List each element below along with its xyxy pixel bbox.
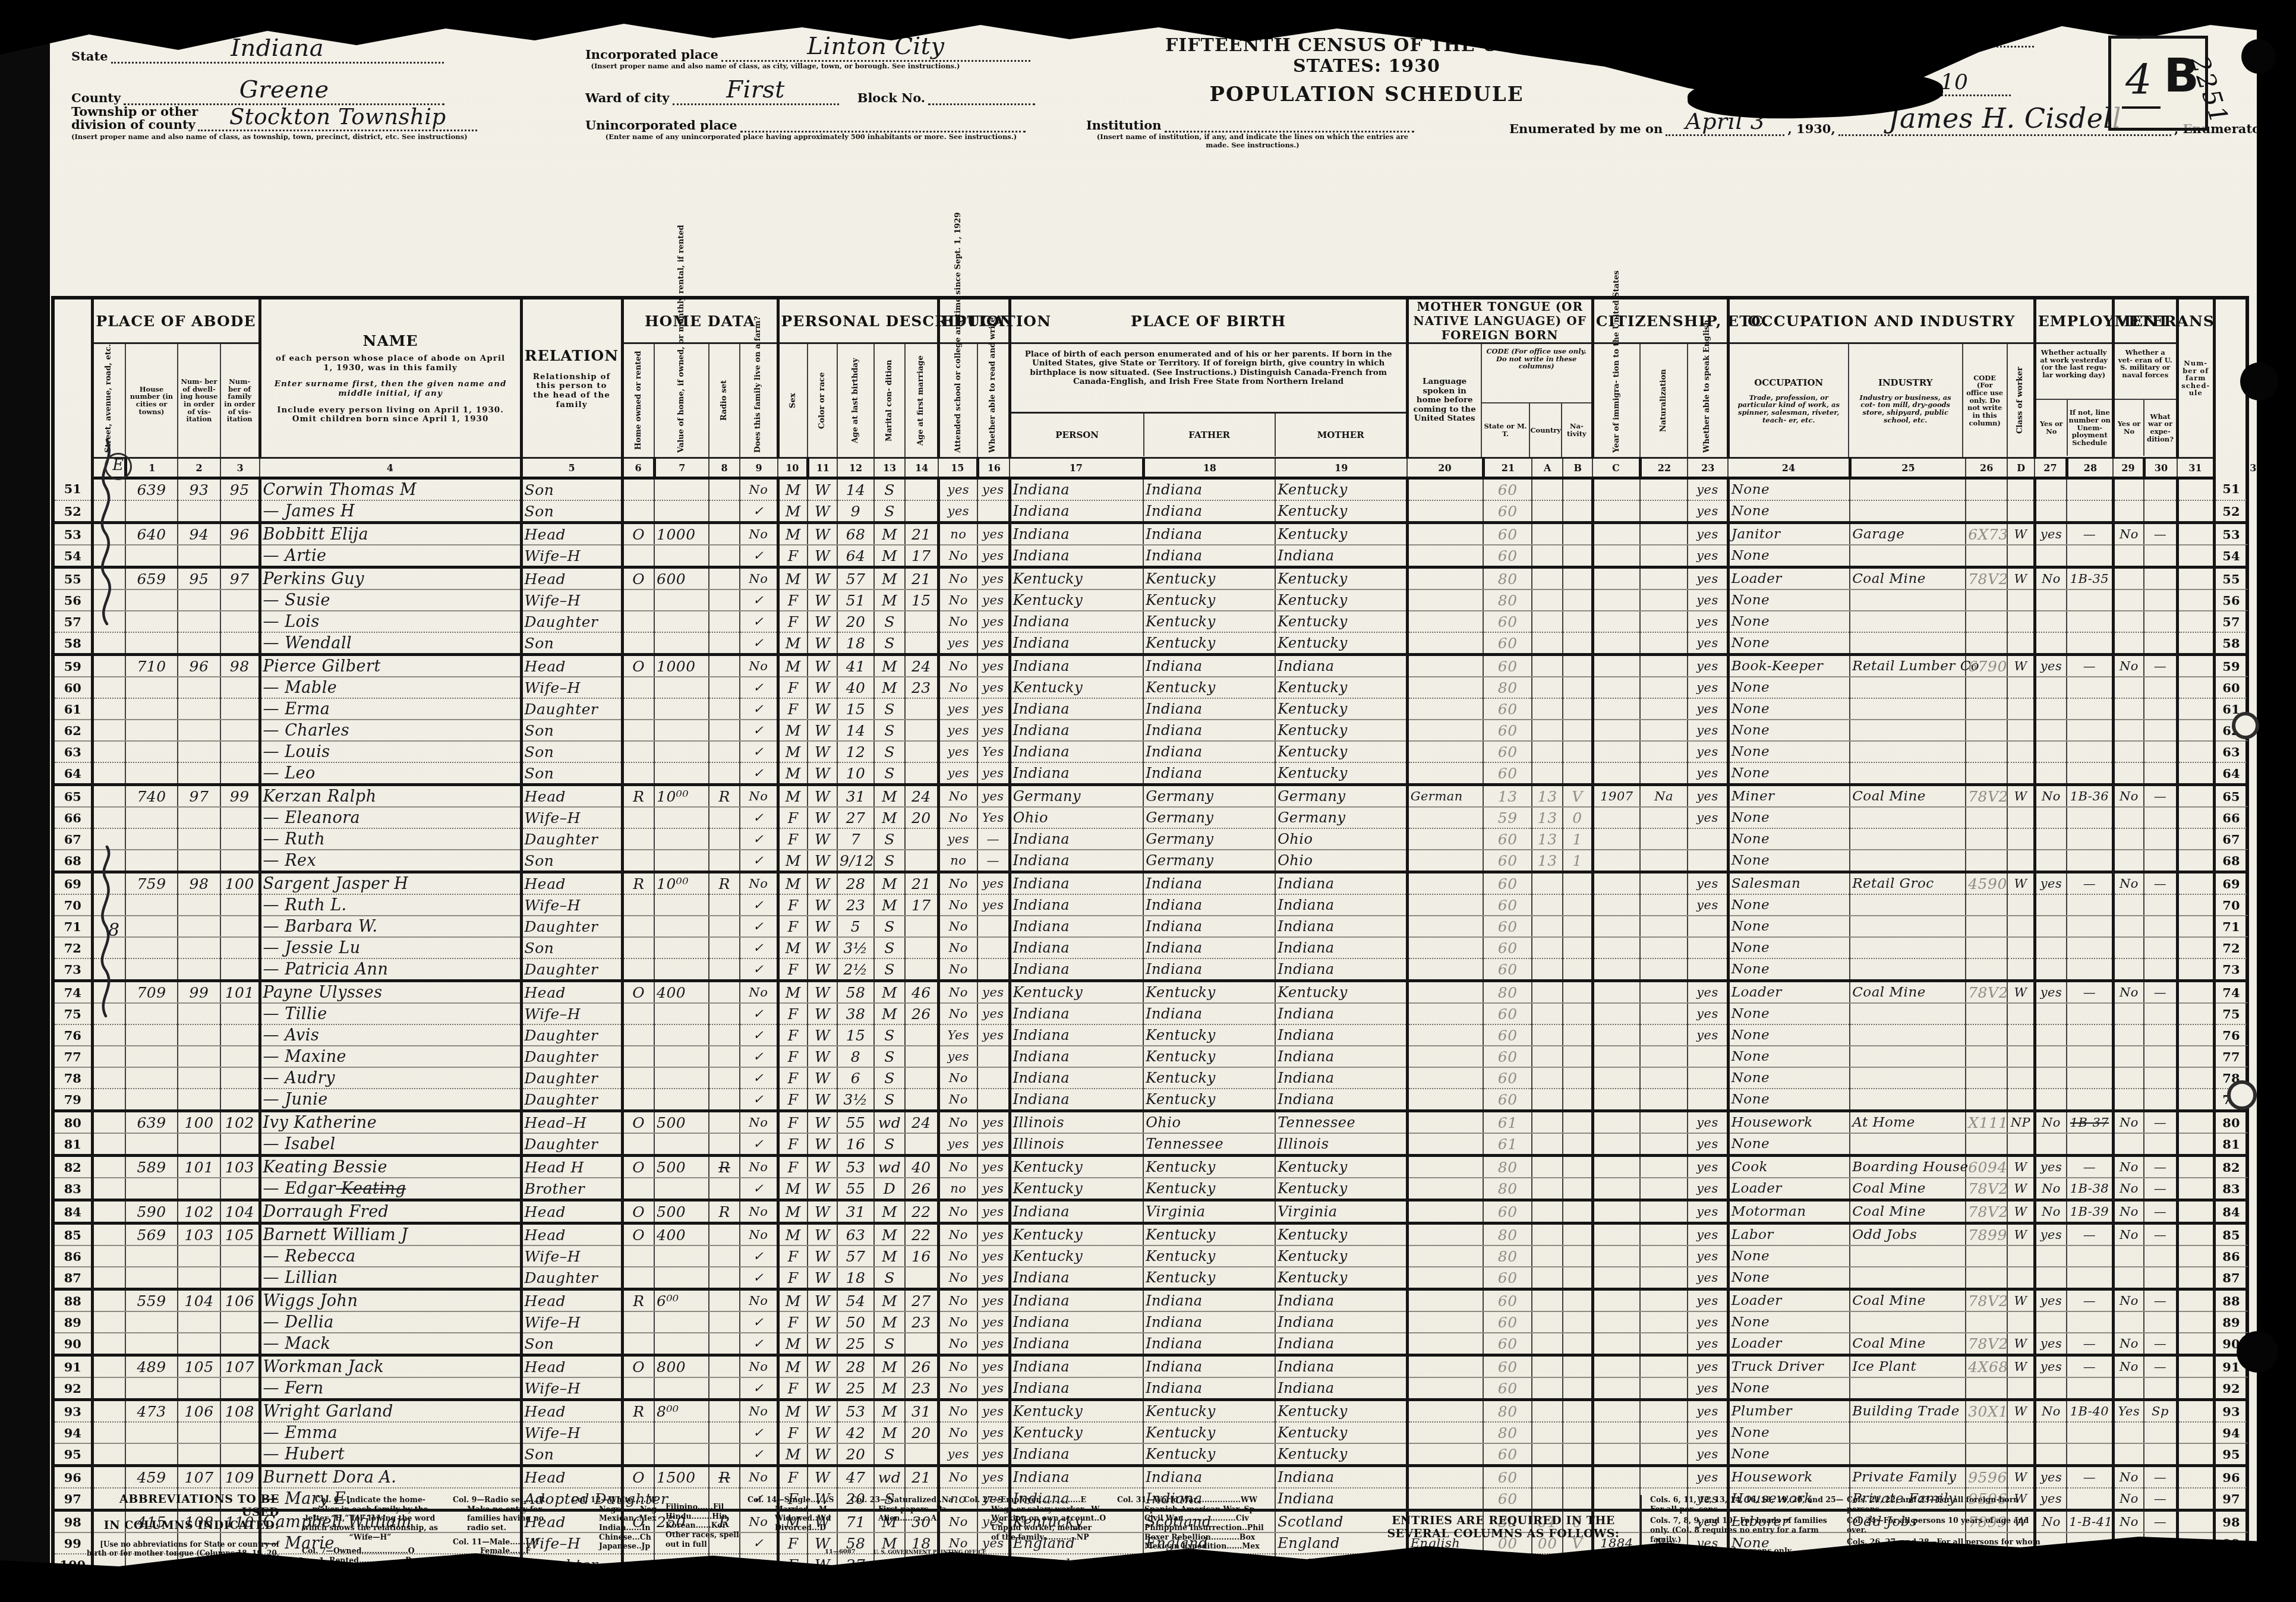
cell-radio	[709, 698, 740, 720]
cell-race: W	[808, 762, 837, 785]
cell-mother-tongue	[1407, 1200, 1483, 1223]
cell-industry: Ice Plant	[1850, 1355, 1966, 1378]
cell-speaks-english: yes	[1688, 1466, 1728, 1489]
cell-marital: M	[874, 1355, 905, 1378]
cell-worker-class: NP	[2007, 1111, 2035, 1134]
cell-line-number: 80	[53, 1111, 92, 1134]
cell-street	[92, 1267, 125, 1289]
cell-veteran	[2113, 611, 2144, 632]
radio-label: Radio set	[720, 348, 729, 453]
cell-marital: M	[874, 807, 905, 828]
cell-war: —	[2144, 1289, 2177, 1312]
cell-worker-class: W	[2007, 1178, 2035, 1200]
cell-code-state: 60	[1483, 698, 1532, 720]
cell-name: — Mable	[260, 677, 521, 698]
cell-veteran	[2113, 894, 2144, 916]
cell-immigration-year	[1592, 1289, 1640, 1312]
cell-speaks-english	[1688, 1046, 1728, 1067]
cell-read-write: yes	[977, 785, 1010, 808]
cell-birthplace-mother: Kentucky	[1275, 1443, 1407, 1466]
cell-code-country	[1532, 1400, 1563, 1423]
cell-birthplace-father: Kentucky	[1143, 567, 1275, 590]
cell-radio	[709, 589, 740, 611]
cell-at-work	[2035, 632, 2067, 655]
cell-line-number: 75	[2214, 1003, 2247, 1024]
cell-farm: No	[740, 1223, 778, 1246]
cell-name: — Leo	[260, 762, 521, 785]
cell-occupation-code: 78V2	[1966, 1333, 2007, 1355]
cell-veteran	[2113, 589, 2144, 611]
cell-sex: M	[778, 500, 808, 523]
cell-age-married	[905, 698, 938, 720]
cell-race: W	[808, 698, 837, 720]
cell-birthplace-person: Indiana	[1010, 1067, 1143, 1089]
cell-line-number: 65	[2214, 785, 2247, 808]
cell-birthplace-mother: Indiana	[1275, 1333, 1407, 1355]
cell-line-number: 91	[53, 1355, 92, 1378]
cell-line-number: 83	[2214, 1178, 2247, 1200]
cell-line-number: 93	[2214, 1400, 2247, 1423]
cell-race: W	[808, 828, 837, 850]
cell-birthplace-person: Ohio	[1010, 807, 1143, 828]
cell-birthplace-father: Indiana	[1143, 1355, 1275, 1378]
cell-birthplace-mother: Indiana	[1275, 1046, 1407, 1067]
cell-farm-schedule	[2177, 1156, 2214, 1178]
cell-birthplace-father: Indiana	[1143, 741, 1275, 762]
cell-sex: F	[778, 1245, 808, 1267]
cell-mother-tongue	[1407, 1311, 1483, 1333]
cell-read-write	[977, 500, 1010, 523]
institution-value	[1165, 119, 1414, 133]
footer-abbrev-line: Filipino......Fil	[666, 1502, 739, 1512]
cell-at-work	[2035, 1443, 2067, 1466]
census-row-86: 86— RebeccaWife–H✓FW57M16NoyesKentuckyKe…	[53, 1245, 2247, 1267]
cell-naturalization	[1640, 1311, 1688, 1333]
cell-code-country	[1532, 1111, 1563, 1134]
cell-at-work	[2035, 500, 2067, 523]
farm-schedule-label: Num- ber of farm sched- ule	[2181, 359, 2211, 397]
cell-street	[92, 1223, 125, 1246]
cell-farm-schedule	[2177, 545, 2214, 567]
cell-unemployment-line: 1B-38	[2067, 1178, 2113, 1200]
cell-read-write: yes	[977, 1466, 1010, 1489]
cell-relation: Head	[521, 1400, 622, 1423]
cell-name: Kerzan Ralph	[260, 785, 521, 808]
cell-war: —	[2144, 872, 2177, 895]
cell-radio	[709, 958, 740, 981]
cell-speaks-english: yes	[1688, 632, 1728, 655]
cell-line-number: 52	[2214, 500, 2247, 523]
cell-sex: F	[778, 589, 808, 611]
cell-farm-schedule	[2177, 958, 2214, 981]
cell-line-number: 60	[2214, 677, 2247, 698]
cell-home-value	[654, 1003, 709, 1024]
cell-farm-schedule	[2177, 807, 2214, 828]
cell-line-number: 64	[2214, 762, 2247, 785]
cell-family-number	[220, 1178, 260, 1200]
cell-home-owned: O	[622, 1111, 654, 1134]
cell-war: Sp	[2144, 1400, 2177, 1423]
cell-naturalization	[1640, 828, 1688, 850]
cell-age: 53	[837, 1400, 874, 1423]
cell-name: — Ruth	[260, 828, 521, 850]
cell-worker-class	[2007, 1046, 2035, 1067]
cell-name: Keating Bessie	[260, 1156, 521, 1178]
cell-age: 51	[837, 589, 874, 611]
column-number: 20	[1407, 458, 1483, 478]
cell-age-married	[905, 500, 938, 523]
cell-read-write: yes	[977, 894, 1010, 916]
cell-line-number: 60	[53, 677, 92, 698]
cell-house-number	[125, 1024, 178, 1046]
cell-industry	[1850, 1311, 1966, 1333]
cell-family-number	[220, 741, 260, 762]
cell-school: No	[938, 1267, 977, 1289]
cell-marital: M	[874, 1245, 905, 1267]
cell-line-number: 74	[2214, 981, 2247, 1004]
cell-veteran	[2113, 741, 2144, 762]
cell-age-married	[905, 632, 938, 655]
cell-birthplace-person: Indiana	[1010, 1200, 1143, 1223]
cell-family-number	[220, 1089, 260, 1111]
cell-sex: M	[778, 720, 808, 741]
cell-code-country	[1532, 1267, 1563, 1289]
cell-code-country	[1532, 1200, 1563, 1223]
cell-age-married	[905, 850, 938, 872]
cell-war	[2144, 828, 2177, 850]
cell-house-number	[125, 741, 178, 762]
cell-age: 12	[837, 741, 874, 762]
cell-code-state: 80	[1483, 1156, 1532, 1178]
cell-worker-class	[2007, 850, 2035, 872]
occupation-desc: Trade, profession, or particular kind of…	[1732, 394, 1846, 424]
cell-code-country	[1532, 762, 1563, 785]
population-schedule-table: PLACE OF ABODE NAME of each person whose…	[51, 296, 2249, 1578]
cell-farm-schedule	[2177, 1488, 2214, 1510]
cell-marital: S	[874, 1443, 905, 1466]
cell-code-nativity	[1563, 677, 1592, 698]
footer-abbrev-line: Philippine Insurrection..Phil	[1117, 1523, 1264, 1532]
cell-relation: Wife–H	[521, 677, 622, 698]
cell-farm: No	[740, 1111, 778, 1134]
cell-house-number	[125, 916, 178, 937]
column-number: 6	[622, 458, 654, 478]
unincorporated-note: (Enter name of any unincorporated place …	[585, 133, 1037, 141]
cell-sex: M	[778, 1355, 808, 1378]
cell-house-number	[125, 1133, 178, 1156]
column-number: 16	[977, 458, 1010, 478]
cell-farm: ✓	[740, 720, 778, 741]
abbrev-title-2: IN COLUMNS INDICATED:	[83, 1519, 279, 1532]
cell-race: W	[808, 894, 837, 916]
footer-col31: Col. 31—World War.................WWSpan…	[1117, 1495, 1264, 1551]
cell-name: — Ruth L.	[260, 894, 521, 916]
cell-worker-class	[2007, 1089, 2035, 1111]
cell-veteran	[2113, 916, 2144, 937]
cell-worker-class: W	[2007, 1333, 2035, 1355]
cell-birthplace-father: Tennessee	[1143, 1133, 1275, 1156]
cell-birthplace-father: Indiana	[1143, 1333, 1275, 1355]
cell-home-owned: O	[622, 655, 654, 677]
cell-house-number: 640	[125, 523, 178, 545]
cell-dwelling-number	[178, 1443, 220, 1466]
cell-code-country	[1532, 589, 1563, 611]
cell-occupation: None	[1728, 937, 1850, 958]
cell-naturalization	[1640, 741, 1688, 762]
cell-unemployment-line	[2067, 958, 2113, 981]
cell-unemployment-line	[2067, 1024, 2113, 1046]
cell-unemployment-line: —	[2067, 1466, 2113, 1489]
cell-race: W	[808, 958, 837, 981]
footer-abbrev-line: Boxer Rebellion...........Box	[1117, 1532, 1264, 1542]
cell-mother-tongue	[1407, 1046, 1483, 1067]
footer-entries-line: Cols. 6, 11, 12, 13, 14, 16, 18, 19, 20,…	[1650, 1495, 1846, 1513]
cell-veteran	[2113, 677, 2144, 698]
cell-street	[92, 1133, 125, 1156]
cell-home-owned: R	[622, 1289, 654, 1312]
column-number: 30	[2144, 458, 2177, 478]
cell-code-country	[1532, 1422, 1563, 1443]
cell-unemployment-line: 1B-35	[2067, 567, 2113, 590]
cell-naturalization	[1640, 720, 1688, 741]
cell-home-value	[654, 1422, 709, 1443]
cell-farm: No	[740, 523, 778, 545]
cell-naturalization	[1640, 478, 1688, 501]
cell-speaks-english: yes	[1688, 1111, 1728, 1134]
cell-code-country	[1532, 1355, 1563, 1378]
cell-occupation-code: 78V2	[1966, 567, 2007, 590]
cell-radio: R	[709, 872, 740, 895]
cell-war: —	[2144, 523, 2177, 545]
cell-age-married	[905, 762, 938, 785]
cell-worker-class	[2007, 937, 2035, 958]
cell-at-work: No	[2035, 1111, 2067, 1134]
name-desc-2: Enter surname first, then the given name…	[272, 380, 510, 398]
cell-birthplace-mother: Illinois	[1275, 1133, 1407, 1156]
cell-age: 47	[837, 1466, 874, 1489]
cell-marital: M	[874, 872, 905, 895]
cell-home-value	[654, 1245, 709, 1267]
cell-industry: Building Trade	[1850, 1400, 1966, 1423]
relation-title: RELATION	[525, 347, 619, 364]
cell-at-work	[2035, 545, 2067, 567]
cell-veteran	[2113, 1443, 2144, 1466]
cell-relation: Son	[521, 720, 622, 741]
cell-line-number: 94	[53, 1422, 92, 1443]
cell-age: 14	[837, 720, 874, 741]
cell-school: No	[938, 1003, 977, 1024]
cell-house-number	[125, 828, 178, 850]
cell-name: — Fern	[260, 1377, 521, 1400]
cell-mother-tongue	[1407, 655, 1483, 677]
cell-line-number: 57	[2214, 611, 2247, 632]
census-row-87: 87— LillianDaughter✓FW18SNoyesIndianaKen…	[53, 1267, 2247, 1289]
cell-code-state: 60	[1483, 1488, 1532, 1510]
cell-code-country	[1532, 981, 1563, 1004]
footer-abbrev-line: Civil War.....................Civ	[1117, 1513, 1264, 1523]
cell-birthplace-mother: Indiana	[1275, 958, 1407, 981]
township-label-1: Township or other	[71, 105, 198, 118]
cell-radio	[709, 1377, 740, 1400]
cell-school: No	[938, 567, 977, 590]
cell-sex: F	[778, 1377, 808, 1400]
cell-birthplace-person: Indiana	[1010, 655, 1143, 677]
cell-age-married: 21	[905, 1466, 938, 1489]
cell-birthplace-mother: Kentucky	[1275, 677, 1407, 698]
cell-home-owned	[622, 1067, 654, 1089]
cell-race: W	[808, 1400, 837, 1423]
cell-farm: ✓	[740, 1067, 778, 1089]
relation-desc: Relationship of this person to the head …	[531, 373, 613, 409]
code-state-label: State or M. T.	[1482, 403, 1531, 457]
cell-mother-tongue	[1407, 1443, 1483, 1466]
column-number: 23	[1688, 458, 1728, 478]
cell-line-number: 72	[2214, 937, 2247, 958]
cell-naturalization	[1640, 1111, 1688, 1134]
cell-dwelling-number	[178, 1178, 220, 1200]
footer-col6-7: Col. 6—Indicate the home-maker in each f…	[302, 1495, 439, 1565]
cell-birthplace-mother: Indiana	[1275, 894, 1407, 916]
cell-occupation-code	[1966, 1267, 2007, 1289]
census-row-90: 90— MackSon✓MW25SNoyesIndianaIndianaIndi…	[53, 1333, 2247, 1355]
cell-race: W	[808, 677, 837, 698]
cell-race: W	[808, 589, 837, 611]
cell-worker-class	[2007, 762, 2035, 785]
cell-worker-class	[2007, 1311, 2035, 1333]
cell-unemployment-line	[2067, 741, 2113, 762]
name-title: NAME	[263, 332, 518, 349]
cell-home-value	[654, 894, 709, 916]
cell-war	[2144, 545, 2177, 567]
cell-code-country	[1532, 937, 1563, 958]
cell-immigration-year	[1592, 1377, 1640, 1400]
cell-naturalization	[1640, 1377, 1688, 1400]
cell-street	[92, 1466, 125, 1489]
cell-dwelling-number	[178, 1067, 220, 1089]
cell-home-value	[654, 1024, 709, 1046]
cell-at-work	[2035, 937, 2067, 958]
cell-at-work	[2035, 1024, 2067, 1046]
cell-veteran: No	[2113, 1223, 2144, 1246]
cell-dwelling-number: 101	[178, 1156, 220, 1178]
cell-relation: Daughter	[521, 828, 622, 850]
cell-age: 58	[837, 981, 874, 1004]
cell-line-number: 83	[53, 1178, 92, 1200]
cell-age: 38	[837, 1003, 874, 1024]
birthplace-header-block: Place of birth of each person enumerated…	[1010, 343, 1407, 458]
census-row-55: 556599597Perkins GuyHeadO600NoMW57M21Noy…	[53, 567, 2247, 590]
cell-birthplace-father: Kentucky	[1143, 1400, 1275, 1423]
cell-line-number: 87	[2214, 1267, 2247, 1289]
cell-farm-schedule	[2177, 567, 2214, 590]
footer-abbrev-line: Korean......Kor	[666, 1521, 739, 1530]
col-farm: Does this family live on a farm?	[740, 343, 778, 458]
cell-school: No	[938, 785, 977, 808]
cell-worker-class	[2007, 589, 2035, 611]
cell-line-number: 86	[2214, 1245, 2247, 1267]
employment-desc: Whether actually at work yesterday (or t…	[2036, 345, 2112, 400]
cell-age-married	[905, 916, 938, 937]
cell-read-write: yes	[977, 1377, 1010, 1400]
cell-code-country	[1532, 677, 1563, 698]
cell-radio	[709, 1111, 740, 1134]
cell-code-state: 60	[1483, 850, 1532, 872]
cell-immigration-year	[1592, 1046, 1640, 1067]
cell-farm-schedule	[2177, 1223, 2214, 1246]
cell-school: No	[938, 1067, 977, 1089]
cell-industry: Coal Mine	[1850, 1289, 1966, 1312]
cell-at-work	[2035, 611, 2067, 632]
cell-naturalization	[1640, 677, 1688, 698]
war-label: What war or expe- dition?	[2144, 400, 2175, 456]
cell-marital: S	[874, 1089, 905, 1111]
cell-school: yes	[938, 1443, 977, 1466]
cell-home-owned: O	[622, 567, 654, 590]
col-dwelling-number: Num- ber of dwell- ing house in order of…	[178, 343, 220, 458]
cell-birthplace-mother: Kentucky	[1275, 741, 1407, 762]
enumerated-year: , 1930,	[1787, 121, 1835, 136]
cell-school: yes	[938, 1046, 977, 1067]
cell-dwelling-number: 100	[178, 1111, 220, 1134]
cell-occupation: None	[1728, 1003, 1850, 1024]
cell-age: 68	[837, 523, 874, 545]
col-house-number: House number (in cities or towns)	[125, 343, 178, 458]
cell-occupation: None	[1728, 1024, 1850, 1046]
cell-farm: ✓	[740, 937, 778, 958]
cell-industry	[1850, 611, 1966, 632]
cell-line-number: 98	[2214, 1510, 2247, 1533]
cell-birthplace-mother: Kentucky	[1275, 1400, 1407, 1423]
cell-birthplace-mother: Kentucky	[1275, 478, 1407, 501]
cell-dwelling-number: 107	[178, 1466, 220, 1489]
cell-relation: Daughter	[521, 1267, 622, 1289]
cell-industry: Coal Mine	[1850, 1178, 1966, 1200]
cell-line-number: 70	[2214, 894, 2247, 916]
speaks-english-label: Whether able to speak English	[1703, 348, 1712, 453]
cell-street	[92, 1089, 125, 1111]
cell-war	[2144, 1046, 2177, 1067]
marital-label: Marital con- dition	[885, 348, 894, 453]
cell-birthplace-mother: Ohio	[1275, 828, 1407, 850]
cell-occupation: None	[1728, 1311, 1850, 1333]
cell-farm: ✓	[740, 632, 778, 655]
cell-race: W	[808, 567, 837, 590]
cell-house-number: 473	[125, 1400, 178, 1423]
cell-age-married: 22	[905, 1200, 938, 1223]
cell-industry	[1850, 1024, 1966, 1046]
cell-worker-class	[2007, 894, 2035, 916]
cell-home-owned	[622, 916, 654, 937]
cell-birthplace-father: Kentucky	[1143, 981, 1275, 1004]
cell-name: — Avis	[260, 1024, 521, 1046]
cell-occupation: Loader	[1728, 1178, 1850, 1200]
cell-radio	[709, 850, 740, 872]
cell-birthplace-person: Indiana	[1010, 1024, 1143, 1046]
cell-farm: ✓	[740, 1311, 778, 1333]
col-immigration-year: Year of immigra- tion to the United Stat…	[1592, 343, 1640, 458]
cell-home-owned: R	[622, 1400, 654, 1423]
cell-radio	[709, 894, 740, 916]
cell-age-married	[905, 1267, 938, 1289]
cell-family-number	[220, 1245, 260, 1267]
cell-farm: No	[740, 1200, 778, 1223]
column-number: D	[2007, 458, 2035, 478]
cell-occupation: Loader	[1728, 1289, 1850, 1312]
cell-birthplace-person: Germany	[1010, 785, 1143, 808]
cell-age-married	[905, 478, 938, 501]
cell-relation: Daughter	[521, 916, 622, 937]
cell-home-value: 10⁰⁰	[654, 785, 709, 808]
